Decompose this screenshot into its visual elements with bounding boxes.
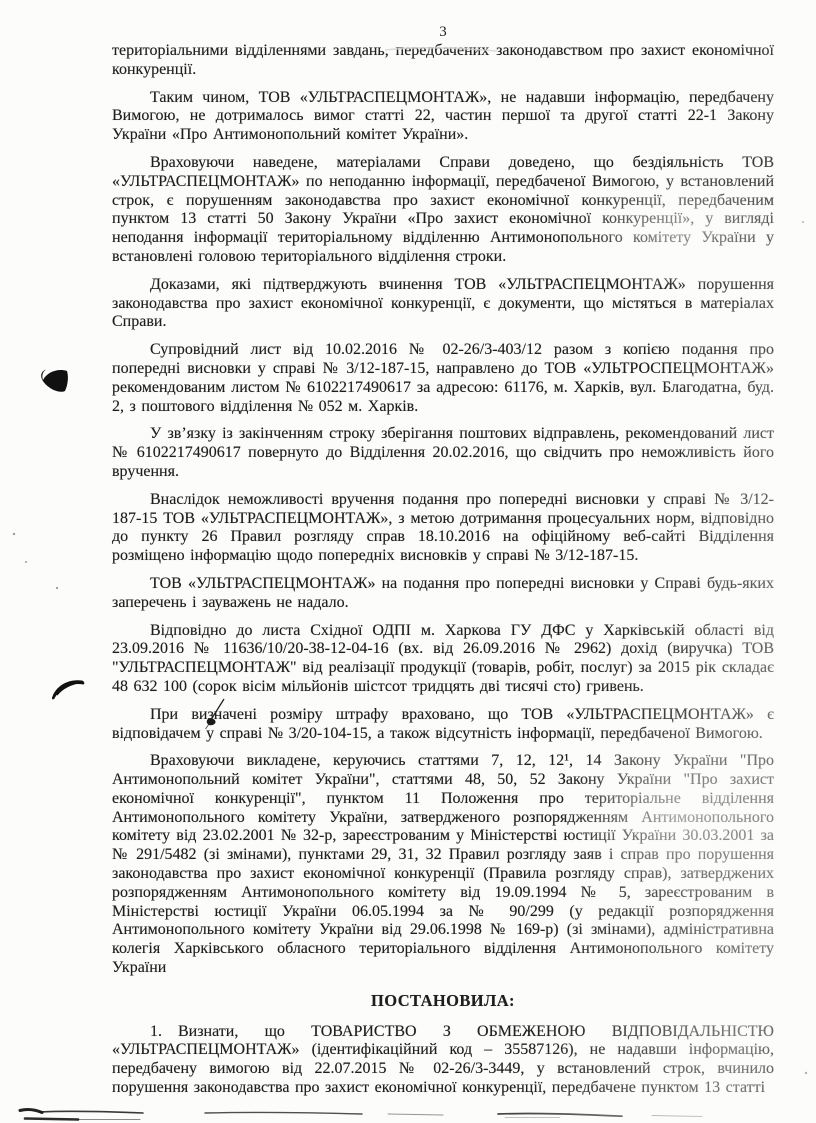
pen-flick-mark-icon bbox=[41, 370, 68, 392]
resolution-heading: ПОСТАНОВИЛА: bbox=[112, 992, 774, 1011]
pen-swoosh-mark-icon bbox=[52, 680, 84, 699]
body-paragraph: територіальними відділеннями завдань, пе… bbox=[112, 42, 774, 80]
body-paragraph: Враховуючи наведене, матеріалами Справи … bbox=[112, 154, 774, 267]
body-paragraph: ТОВ «УЛЬТРАСПЕЦМОНТАЖ» на подання про по… bbox=[112, 575, 774, 613]
scanner-streaks bbox=[20, 1110, 702, 1120]
body-paragraph: Відповідно до листа Східної ОДПІ м. Харк… bbox=[112, 622, 774, 697]
body-paragraph: Таким чином, ТОВ «УЛЬТРАСПЕЦМОНТАЖ», не … bbox=[112, 89, 774, 145]
body-paragraph: Доказами, які підтверджують вчинення ТОВ… bbox=[112, 276, 774, 332]
page-number: 3 bbox=[112, 24, 774, 41]
body-paragraph: У зв’язку із закінченням строку зберіган… bbox=[112, 425, 774, 481]
body-paragraph: Враховуючи викладене, керуючись статтями… bbox=[112, 752, 774, 978]
body-paragraph: При визначені розміру штрафу враховано, … bbox=[112, 706, 774, 744]
scanned-document-page: 3 територіальними відділеннями завдань, … bbox=[0, 0, 816, 1123]
body-paragraph: 1. Визнати, що ТОВАРИСТВО З ОБМЕЖЕНОЮ ВІ… bbox=[112, 1023, 774, 1098]
document-body: територіальними відділеннями завдань, пе… bbox=[112, 42, 774, 1107]
body-paragraph: Внаслідок неможливості вручення подання … bbox=[112, 491, 774, 566]
body-paragraph: Супровідний лист від 10.02.2016 № 02-26/… bbox=[112, 341, 774, 416]
